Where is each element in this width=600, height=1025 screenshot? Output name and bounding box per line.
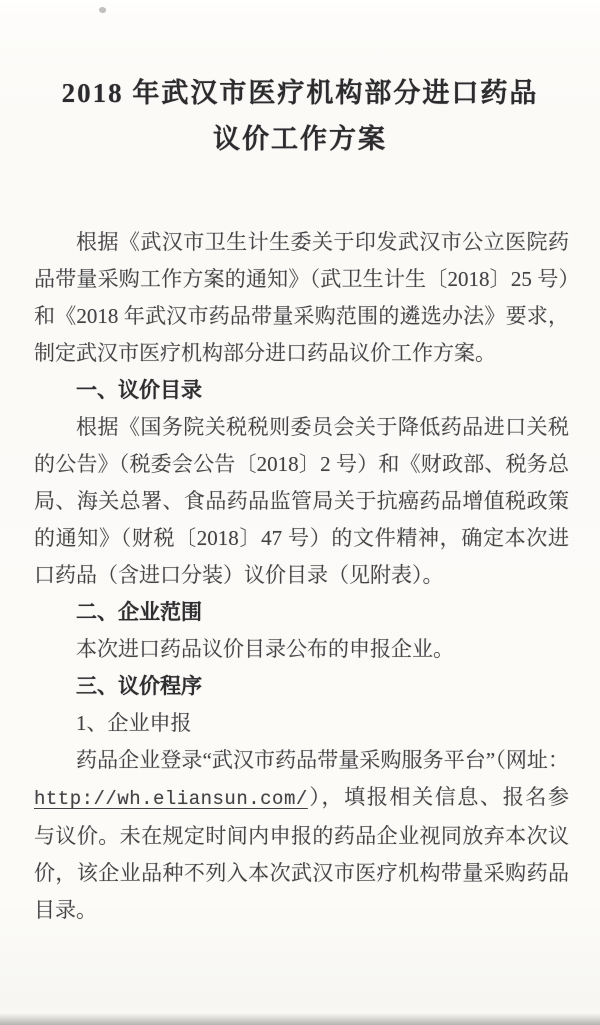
document-title: 2018 年武汉市医疗机构部分进口药品 议价工作方案 — [30, 70, 570, 162]
step-1-text-before-link: 药品企业登录“武汉市药品带量采购服务平台”（网址： — [76, 748, 569, 772]
document-title-line-1: 2018 年武汉市医疗机构部分进口药品 — [30, 70, 570, 116]
section-2-paragraph: 本次进口药品议价目录公布的申报企业。 — [34, 631, 569, 668]
step-1-paragraph: 药品企业登录“武汉市药品带量采购服务平台”（网址：http://wh.elian… — [34, 742, 569, 929]
intro-paragraph: 根据《武汉市卫生计生委关于印发武汉市公立医院药品带量采购工作方案的通知》（武卫生… — [34, 224, 569, 372]
section-1-paragraph: 根据《国务院关税税则委员会关于降低药品进口关税的公告》（税委会公告〔2018〕2… — [34, 409, 569, 594]
platform-url-link: http://wh.eliansun.com/ — [34, 788, 308, 810]
document-body: 根据《武汉市卫生计生委关于印发武汉市公立医院药品带量采购工作方案的通知》（武卫生… — [34, 224, 569, 929]
section-1-heading: 一、议价目录 — [34, 372, 569, 409]
document-title-line-2: 议价工作方案 — [30, 116, 570, 162]
scan-artifact-speck — [98, 6, 107, 15]
section-2-heading: 二、企业范围 — [34, 594, 569, 631]
step-1-subheading: 1、企业申报 — [34, 705, 569, 742]
scan-bottom-edge-shadow — [0, 1013, 600, 1025]
section-3-heading: 三、议价程序 — [34, 668, 569, 705]
scanned-document-page: 2018 年武汉市医疗机构部分进口药品 议价工作方案 根据《武汉市卫生计生委关于… — [0, 0, 600, 1025]
